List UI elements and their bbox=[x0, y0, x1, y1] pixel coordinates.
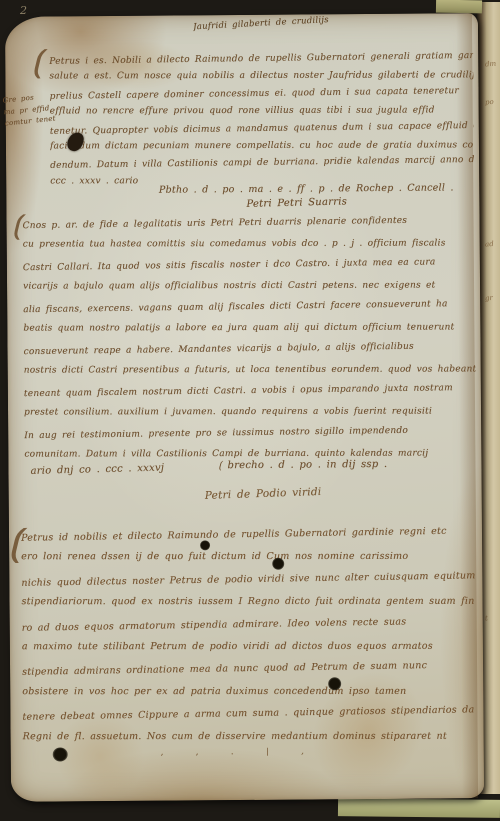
chancery-note-2: ⟮ brecho . d . po . in dij ssp . bbox=[218, 459, 387, 471]
wormhole bbox=[328, 677, 341, 690]
paragraph-mark: ⟮ bbox=[32, 45, 42, 80]
entry2-text: Cnos p. ar. de fide a legalitatis uris P… bbox=[22, 211, 476, 467]
folio-number: 2 bbox=[20, 4, 27, 17]
neighbor-text-fragment: ad bbox=[485, 240, 500, 249]
neighbor-text-fragment: dm bbox=[485, 60, 500, 69]
manuscript-page: Jaufridi gilaberti de crudilijs ⟮ Petrus… bbox=[5, 13, 484, 802]
neighbor-page-tab bbox=[436, 0, 482, 13]
signature-2: Petri de Podio viridi bbox=[205, 486, 322, 502]
entry1-text: Petrus i es. Nobili a dilecto Raimundo d… bbox=[49, 49, 474, 192]
signature-1: Petri Petri Suarris bbox=[246, 196, 347, 210]
wormhole bbox=[53, 747, 68, 761]
chancery-note-1: Pbtho . d . po . ma . e . ff . p . de Ro… bbox=[144, 182, 468, 196]
entry3-text: Petrus id nobilis et dilecto Raimundo de… bbox=[21, 522, 481, 750]
neighbor-page-bottom-edge bbox=[338, 798, 500, 818]
neighbor-text-fragment: gr bbox=[485, 294, 500, 303]
manuscript-photo: dmpoadgrt 2 Jaufridi gilaberti de crudil… bbox=[0, 0, 500, 821]
wormhole bbox=[272, 558, 284, 570]
wormhole bbox=[200, 540, 210, 550]
paragraph-mark: ⟮ bbox=[12, 211, 21, 242]
date-line: ario dnj co . ccc . xxxvj bbox=[30, 462, 164, 476]
end-marks: , , . | , bbox=[161, 746, 318, 756]
neighbor-text-fragment: po bbox=[485, 98, 500, 107]
neighbor-text-fragment: t bbox=[485, 614, 500, 623]
paragraph-mark: ⟮ bbox=[9, 522, 21, 565]
manuscript-line: Regni de fl. assuetum. Nos cum de disser… bbox=[23, 725, 481, 748]
page-header: Jaufridi gilaberti de crudilijs bbox=[193, 11, 408, 32]
margin-note: Gre posma pr effidcomtur tenet bbox=[2, 90, 63, 130]
